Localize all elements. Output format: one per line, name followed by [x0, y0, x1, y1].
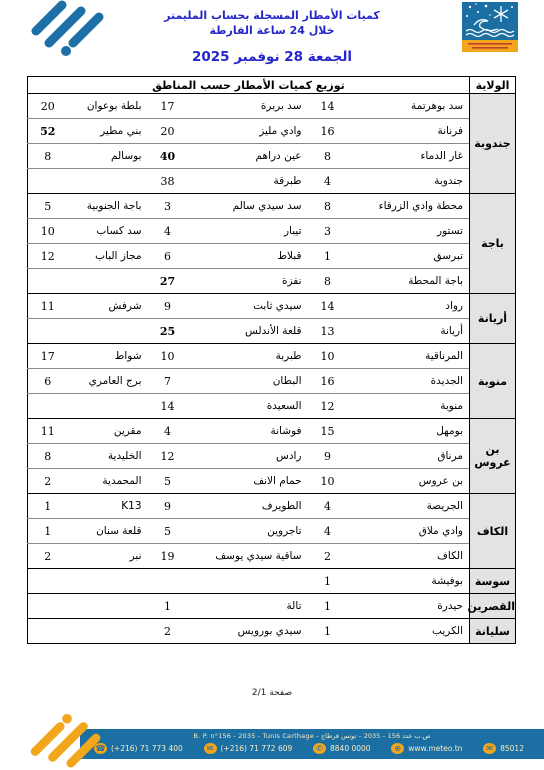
rainfall-value-cell: 11	[27, 419, 67, 444]
rainfall-value-cell: 8	[27, 444, 67, 469]
table-row: أريانة13قلعة الأندلس25	[27, 319, 515, 344]
rainfall-value-cell	[27, 394, 67, 419]
station-name-cell	[68, 569, 148, 594]
station-name-cell: بن عروس	[348, 469, 470, 494]
station-name-cell: فرنانة	[348, 119, 470, 144]
rainfall-value-cell: 1	[308, 594, 348, 619]
rainfall-value-cell: 4	[308, 169, 348, 194]
rainfall-value-cell: 16	[308, 369, 348, 394]
station-name-cell: باجة المحطة	[348, 269, 470, 294]
station-name-cell: شواط	[68, 344, 148, 369]
station-name-cell: غار الدماء	[348, 144, 470, 169]
rainfall-value-cell: 2	[27, 544, 67, 569]
station-name-cell: تالة	[188, 594, 308, 619]
table-header-row: الولاية توزيع كميات الأمطار حسب المناطق	[27, 77, 515, 94]
rainfall-value-cell	[27, 319, 67, 344]
table-row: غار الدماء8عين دراهم40بوسالم8	[27, 144, 515, 169]
station-name-cell: تاجروين	[188, 519, 308, 544]
rainfall-value-cell: 1	[308, 619, 348, 644]
rainfall-value-cell: 1	[308, 244, 348, 269]
rainfall-value-cell: 15	[308, 419, 348, 444]
contact-label: (+216) 71 773 400	[111, 744, 183, 753]
handset-icon: ✆	[313, 743, 326, 754]
wilaya-cell: باجة	[470, 194, 516, 294]
station-name-cell: سد بوهرتمة	[348, 94, 470, 119]
rainfall-value-cell: 4	[148, 219, 188, 244]
station-name-cell: الجريصة	[348, 494, 470, 519]
station-name-cell: مقرين	[68, 419, 148, 444]
rainfall-value-cell: 1	[148, 594, 188, 619]
report-titles: كميات الأمطار المسجلة بحساب المليمتر خلا…	[132, 8, 412, 65]
table-row: باجةمحطة وادي الزرقاء8سد سيدي سالم3باجة …	[27, 194, 515, 219]
station-name-cell: تبرسق	[348, 244, 470, 269]
table-row: الكافالجريصة4الطويرف9K131	[27, 494, 515, 519]
wilaya-cell: سليانة	[470, 619, 516, 644]
table-row: أريانةرواد14سيدي ثابت9شرفش11	[27, 294, 515, 319]
contact-item: ✉85012	[483, 743, 524, 754]
contact-label: (+216) 71 772 609	[221, 744, 293, 753]
wilaya-cell: منوبة	[470, 344, 516, 419]
station-name-cell: بوسالم	[68, 144, 148, 169]
station-name-cell: الخليدية	[68, 444, 148, 469]
rainfall-value-cell: 13	[308, 319, 348, 344]
rainfall-value-cell: 7	[148, 369, 188, 394]
station-name-cell: ساقية سيدي يوسف	[188, 544, 308, 569]
inm-emblem	[462, 2, 518, 52]
station-name-cell: شرفش	[68, 294, 148, 319]
rainfall-value-cell: 8	[308, 269, 348, 294]
rainfall-value-cell: 11	[27, 294, 67, 319]
table-row: سوسةبوفيشة1	[27, 569, 515, 594]
rainfall-value-cell: 38	[148, 169, 188, 194]
rainfall-value-cell: 2	[308, 544, 348, 569]
contact-item: ⊕www.meteo.tn	[391, 743, 462, 754]
rainfall-value-cell: 14	[148, 394, 188, 419]
rainfall-value-cell: 52	[27, 119, 67, 144]
rainfall-value-cell: 1	[27, 519, 67, 544]
rainfall-value-cell: 20	[148, 119, 188, 144]
station-name-cell: سيدي بورويس	[188, 619, 308, 644]
station-name-cell: قلعة سنان	[68, 519, 148, 544]
rainfall-value-cell: 19	[148, 544, 188, 569]
rainfall-value-cell: 10	[148, 344, 188, 369]
station-name-cell: فوشانة	[188, 419, 308, 444]
station-name-cell: حمام الانف	[188, 469, 308, 494]
rainfall-value-cell: 5	[148, 469, 188, 494]
table-row: القصرينحيدرة1تالة1	[27, 594, 515, 619]
station-name-cell: K13	[68, 494, 148, 519]
footer-address: B. P. n°156 - 2035 - Tunis Carthage - ص.…	[80, 729, 544, 740]
table-row: جندوبةسد بوهرتمة14سد بربرة17بلطة بوعوان2…	[27, 94, 515, 119]
rainfall-value-cell: 14	[308, 94, 348, 119]
station-name-cell: الكاف	[348, 544, 470, 569]
table-row: سليانةالكريب1سيدي بورويس2	[27, 619, 515, 644]
contact-label: www.meteo.tn	[408, 744, 462, 753]
report-title-line1: كميات الأمطار المسجلة بحساب المليمتر	[132, 8, 412, 23]
rainfall-value-cell: 8	[308, 194, 348, 219]
rainfall-value-cell: 27	[148, 269, 188, 294]
inm-stripes-logo-yellow	[22, 710, 112, 768]
rainfall-value-cell: 4	[308, 494, 348, 519]
station-name-cell: البطان	[188, 369, 308, 394]
station-name-cell: قبلاط	[188, 244, 308, 269]
station-name-cell: بني مطير	[68, 119, 148, 144]
table-row: تبرسق1قبلاط6مجاز الباب12	[27, 244, 515, 269]
station-name-cell	[68, 269, 148, 294]
sms-icon: ✉	[483, 743, 496, 754]
table-row: بن عروس10حمام الانف5المحمدية2	[27, 469, 515, 494]
station-name-cell: حيدرة	[348, 594, 470, 619]
station-name-cell: باجة الجنوبية	[68, 194, 148, 219]
rainfall-value-cell	[27, 594, 67, 619]
station-name-cell: محطة وادي الزرقاء	[348, 194, 470, 219]
station-name-cell: عين دراهم	[188, 144, 308, 169]
report-page: كميات الأمطار المسجلة بحساب المليمتر خلا…	[0, 0, 544, 770]
table-row: الكاف2ساقية سيدي يوسف19نبر2	[27, 544, 515, 569]
rainfall-value-cell: 12	[27, 244, 67, 269]
rainfall-value-cell: 10	[27, 219, 67, 244]
rainfall-value-cell: 8	[308, 144, 348, 169]
rainfall-value-cell	[27, 619, 67, 644]
station-name-cell: المحمدية	[68, 469, 148, 494]
rainfall-value-cell: 8	[27, 144, 67, 169]
rainfall-value-cell: 6	[27, 369, 67, 394]
wilaya-cell: الكاف	[470, 494, 516, 569]
table-row: باجة المحطة8نفزة27	[27, 269, 515, 294]
table-row: بن عروسبومهل15فوشانة4مقرين11	[27, 419, 515, 444]
station-name-cell: رواد	[348, 294, 470, 319]
table-row: تستور3تيبار4سد كساب10	[27, 219, 515, 244]
station-name-cell	[68, 169, 148, 194]
rainfall-value-cell: 5	[27, 194, 67, 219]
rainfall-value-cell: 9	[308, 444, 348, 469]
rainfall-value-cell: 14	[308, 294, 348, 319]
station-name-cell: السعيدة	[188, 394, 308, 419]
station-name-cell	[68, 619, 148, 644]
table-row: الجديدة16البطان7برج العامري6	[27, 369, 515, 394]
rainfall-value-cell	[27, 569, 67, 594]
station-name-cell	[68, 394, 148, 419]
station-name-cell: سد كساب	[68, 219, 148, 244]
station-name-cell: برج العامري	[68, 369, 148, 394]
table-row: مرناق9رادس12الخليدية8	[27, 444, 515, 469]
page-number: صفحة 2/1	[0, 688, 544, 698]
rainfall-value-cell: 5	[148, 519, 188, 544]
contact-label: 8840 0000	[330, 744, 371, 753]
station-name-cell	[188, 569, 308, 594]
station-name-cell: مجاز الباب	[68, 244, 148, 269]
wilaya-cell: أريانة	[470, 294, 516, 344]
station-name-cell: قلعة الأندلس	[188, 319, 308, 344]
station-name-cell: الكريب	[348, 619, 470, 644]
wilaya-cell: القصرين	[470, 594, 516, 619]
rainfall-value-cell: 1	[308, 569, 348, 594]
rainfall-value-cell: 6	[148, 244, 188, 269]
station-name-cell: بوفيشة	[348, 569, 470, 594]
station-name-cell	[68, 319, 148, 344]
inm-stripes-logo	[26, 0, 106, 60]
rainfall-value-cell: 40	[148, 144, 188, 169]
rainfall-value-cell: 4	[148, 419, 188, 444]
rainfall-value-cell: 12	[308, 394, 348, 419]
station-name-cell: سد سيدي سالم	[188, 194, 308, 219]
rainfall-value-cell: 20	[27, 94, 67, 119]
fax-icon: ✉	[204, 743, 217, 754]
column-header-wilaya: الولاية	[470, 77, 516, 94]
station-name-cell: بومهل	[348, 419, 470, 444]
rainfall-value-cell: 10	[308, 469, 348, 494]
station-name-cell: منوبة	[348, 394, 470, 419]
table-row: فرنانة16وادي مليز20بني مطير52	[27, 119, 515, 144]
station-name-cell: سيدي ثابت	[188, 294, 308, 319]
station-name-cell: نبر	[68, 544, 148, 569]
station-name-cell: طبرقة	[188, 169, 308, 194]
contact-item: ✉(+216) 71 772 609	[204, 743, 293, 754]
station-name-cell: تستور	[348, 219, 470, 244]
wilaya-cell: بن عروس	[470, 419, 516, 494]
station-name-cell: وادي مليز	[188, 119, 308, 144]
rainfall-value-cell: 9	[148, 294, 188, 319]
report-title-line2: خلال 24 ساعة الفارطة	[132, 23, 412, 38]
column-header-distribution: توزيع كميات الأمطار حسب المناطق	[27, 77, 469, 94]
report-date: الجمعة 28 نوفمبر 2025	[132, 49, 412, 65]
station-name-cell: الجديدة	[348, 369, 470, 394]
station-name-cell: طبربة	[188, 344, 308, 369]
station-name-cell: جندوبة	[348, 169, 470, 194]
table-row: منوبةالمرناقية10طبربة10شواط17	[27, 344, 515, 369]
globe-icon: ⊕	[391, 743, 404, 754]
rainfall-value-cell: 12	[148, 444, 188, 469]
contact-item: ✆8840 0000	[313, 743, 371, 754]
rainfall-value-cell	[27, 169, 67, 194]
station-name-cell: وادي ملاق	[348, 519, 470, 544]
wilaya-cell: سوسة	[470, 569, 516, 594]
rainfall-value-cell: 1	[27, 494, 67, 519]
rainfall-value-cell: 17	[148, 94, 188, 119]
rainfall-value-cell	[27, 269, 67, 294]
rainfall-value-cell: 17	[27, 344, 67, 369]
station-name-cell: تيبار	[188, 219, 308, 244]
contact-label: 85012	[500, 744, 524, 753]
station-name-cell: رادس	[188, 444, 308, 469]
station-name-cell: أريانة	[348, 319, 470, 344]
station-name-cell: بلطة بوعوان	[68, 94, 148, 119]
station-name-cell: نفزة	[188, 269, 308, 294]
table-row: وادي ملاق4تاجروين5قلعة سنان1	[27, 519, 515, 544]
station-name-cell: الطويرف	[188, 494, 308, 519]
rainfall-value-cell: 3	[308, 219, 348, 244]
station-name-cell: سد بربرة	[188, 94, 308, 119]
rainfall-value-cell: 4	[308, 519, 348, 544]
rainfall-value-cell: 16	[308, 119, 348, 144]
footer-contacts: ☎(+216) 71 773 400✉(+216) 71 772 609✆884…	[80, 740, 544, 754]
rainfall-table: الولاية توزيع كميات الأمطار حسب المناطق …	[27, 76, 516, 644]
rainfall-value-cell	[148, 569, 188, 594]
footer-banner: B. P. n°156 - 2035 - Tunis Carthage - ص.…	[80, 729, 544, 759]
station-name-cell: مرناق	[348, 444, 470, 469]
table-row: جندوبة4طبرقة38	[27, 169, 515, 194]
station-name-cell: المرناقية	[348, 344, 470, 369]
wilaya-cell: جندوبة	[470, 94, 516, 194]
table-row: منوبة12السعيدة14	[27, 394, 515, 419]
rainfall-value-cell: 3	[148, 194, 188, 219]
rainfall-value-cell: 2	[148, 619, 188, 644]
rainfall-value-cell: 10	[308, 344, 348, 369]
rainfall-value-cell: 25	[148, 319, 188, 344]
station-name-cell	[68, 594, 148, 619]
rainfall-value-cell: 9	[148, 494, 188, 519]
rainfall-value-cell: 2	[27, 469, 67, 494]
